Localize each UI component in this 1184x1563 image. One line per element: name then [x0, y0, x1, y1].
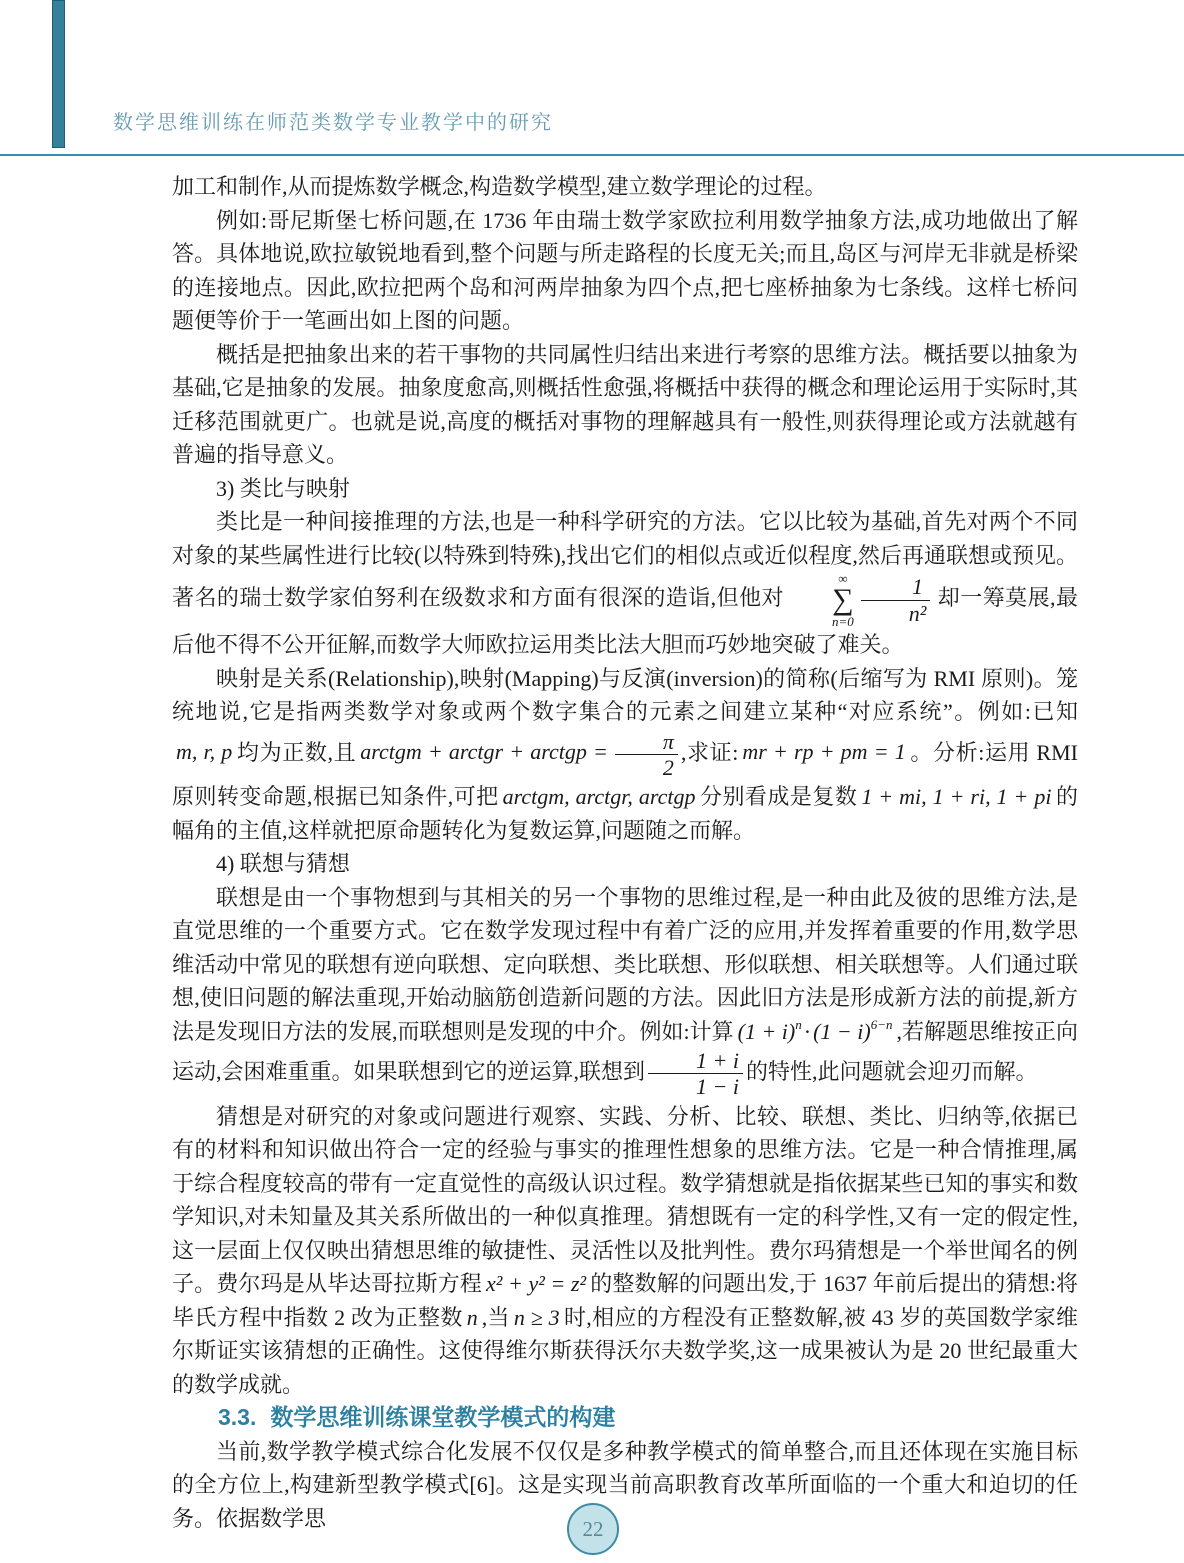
fraction-denominator: 1 − i	[648, 1074, 743, 1099]
paragraph-mapping: 映射是关系(Relationship),映射(Mapping)与反演(inver…	[172, 662, 1078, 848]
power-base: (1 + i)	[738, 1019, 796, 1044]
subheading-association: 4) 联想与猜想	[172, 847, 1078, 881]
text-run: 的特性,此问题就会迎刃而解。	[746, 1059, 1038, 1084]
power-exponent: n	[795, 1017, 802, 1032]
content-area: 加工和制作,从而提炼数学概念,构造数学模型,建立数学理论的过程。 例如:哥尼斯堡…	[172, 170, 1078, 1535]
text-run: ,当	[482, 1305, 510, 1330]
math-variables: m, r, p	[172, 739, 236, 764]
math-power-expression: (1 + i)n·(1 − i)6−n	[734, 1019, 897, 1044]
paragraph-intro: 加工和制作,从而提炼数学概念,构造数学模型,建立数学理论的过程。	[172, 170, 1078, 204]
text-run: 猜想是对研究的对象或问题进行观察、实践、分析、比较、联想、类比、归纳等,依据已有…	[172, 1104, 1078, 1297]
fraction-denominator: n²	[861, 601, 931, 626]
fraction-numerator: 1	[861, 574, 931, 600]
page-number-badge: 22	[567, 1503, 619, 1555]
page-number: 22	[583, 1517, 604, 1542]
paragraph-conjecture: 猜想是对研究的对象或问题进行观察、实践、分析、比较、联想、类比、归纳等,依据已有…	[172, 1100, 1078, 1402]
fraction-denominator: 2	[615, 755, 678, 780]
math-variable-n: n	[463, 1305, 482, 1330]
fraction-complex-ratio: 1 + i1 − i	[645, 1048, 746, 1100]
text-run: 分别看成是复数	[700, 784, 858, 809]
accent-bar	[52, 0, 65, 148]
text-run: 均为正数,且	[236, 739, 356, 764]
power-exponent: 6−n	[871, 1017, 893, 1032]
paper-page: { "header": { "running_title": "数学思维训练在师…	[0, 0, 1184, 1563]
fraction-numerator: π	[615, 729, 678, 755]
power-base: (1 − i)	[813, 1019, 871, 1044]
multiplication-dot-icon: ·	[802, 1019, 813, 1044]
sigma-operator: ∞∑n=0	[788, 572, 854, 628]
running-title: 数学思维训练在师范类数学专业教学中的研究	[113, 106, 553, 135]
summation-formula: ∞∑n=01n²	[784, 572, 937, 628]
paragraph-analogy: 类比是一种间接推理的方法,也是一种科学研究的方法。它以比较为基础,首先对两个不同…	[172, 505, 1078, 662]
math-arctg-sum: arctgm + arctgr + arctgp =	[356, 739, 612, 764]
math-n-geq-3: n ≥ 3	[510, 1305, 564, 1330]
section-heading: 3.3.数学思维训练课堂教学模式的构建	[172, 1401, 1078, 1435]
header-rule	[0, 154, 1184, 156]
paragraph-bridges: 例如:哥尼斯堡七桥问题,在 1736 年由瑞士数学家欧拉利用数学抽象方法,成功地…	[172, 204, 1078, 338]
math-arctg-list: arctgm, arctgr, arctgp	[499, 784, 700, 809]
subheading-analogy: 3) 类比与映射	[172, 472, 1078, 506]
section-number: 3.3.	[218, 1404, 256, 1430]
math-pythagorean-equation: x² + y² = z²	[482, 1271, 590, 1296]
sigma-icon: ∑	[788, 585, 853, 615]
fraction-numerator: 1 + i	[648, 1048, 743, 1074]
section-title: 数学思维训练课堂教学模式的构建	[270, 1404, 615, 1430]
math-complex-numbers: 1 + mi, 1 + ri, 1 + pi	[857, 784, 1055, 809]
sum-lower-limit: n=0	[788, 615, 854, 628]
paragraph-generalization: 概括是把抽象出来的若干事物的共同属性归结出来进行考察的思维方法。概括要以抽象为基…	[172, 338, 1078, 472]
paragraph-current: 当前,数学教学模式综合化发展不仅仅是多种教学模式的简单整合,而且还体现在实施目标…	[172, 1435, 1078, 1536]
fraction-pi-over-2: π2	[612, 729, 681, 781]
math-product-identity: mr + rp + pm = 1	[738, 739, 909, 764]
text-run: ,求证:	[681, 739, 739, 764]
fraction: 1n²	[858, 574, 934, 626]
paragraph-association: 联想是由一个事物想到与其相关的另一个事物的思维过程,是一种由此及彼的思维方法,是…	[172, 881, 1078, 1100]
text-run: 映射是关系(Relationship),映射(Mapping)与反演(inver…	[172, 666, 1078, 725]
